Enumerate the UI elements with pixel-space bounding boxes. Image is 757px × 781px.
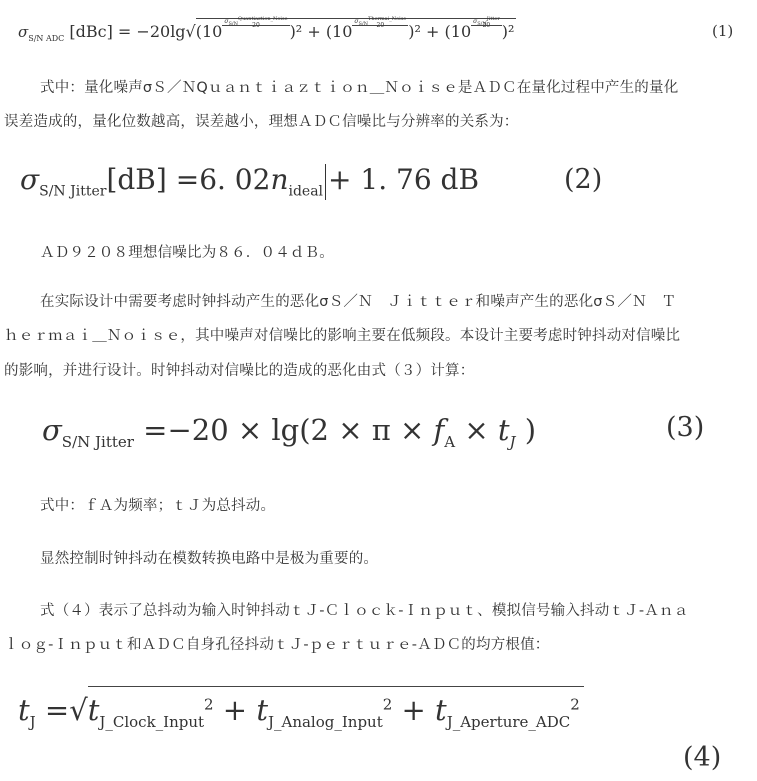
equation-3-number: (3) <box>666 412 704 443</box>
eq1-plus2: + <box>426 22 439 41</box>
equation-4: tJ =√ tJ_Clock_Input2 + tJ_Analog_Input2… <box>18 686 584 733</box>
eq4-equals: = <box>45 693 69 727</box>
paragraph-5: 显然控制时钟抖动在模数转换电路中是极为重要的。 <box>40 547 378 568</box>
eq4-plus1: + <box>223 693 247 727</box>
paragraph-2: ＡＤ９２０８理想信噪比为８６．０４ｄＢ。 <box>40 241 334 262</box>
eq1-unit: [dBc] <box>69 22 112 41</box>
eq4-plus2: + <box>402 693 426 727</box>
eq3-times: × <box>455 413 498 447</box>
eq1-term1-close: )² <box>290 22 303 41</box>
equation-4-number: (4) <box>683 742 721 773</box>
eq4-t2-sub: J_Analog_Input <box>268 713 383 731</box>
paragraph-1-line-2: 误差造成的，量化位数越高，误差越小，理想ＡＤＣ信噪比与分辨率的关系为： <box>4 110 519 131</box>
eq3-t: t <box>498 413 510 447</box>
eq4-lhs: t <box>18 693 30 727</box>
eq3-close: ) <box>516 413 537 447</box>
eq4-t1-sub: J_Clock_Input <box>99 713 204 731</box>
sqrt-icon: √ <box>186 22 196 41</box>
cursor-divider <box>325 164 326 200</box>
eq4-t3-sq: 2 <box>570 695 580 713</box>
eq1-term3-close: )² <box>502 22 515 41</box>
eq4-t1-sq: 2 <box>204 695 214 713</box>
equation-2-number: (2) <box>564 164 602 195</box>
eq3-f-sub: A <box>444 433 455 451</box>
eq1-term1-sub: S/N <box>228 22 238 28</box>
eq1-term2-close: )² <box>408 22 421 41</box>
paragraph-1-line-1: 式中：量化噪声σＳ／ＮQｕａｎｔｉａｚｔｉｏｎ＿Ｎｏｉｓｅ是ＡＤＣ在量化过程中产… <box>40 76 678 97</box>
eq2-var: n <box>270 163 288 196</box>
paragraph-3-line-1: 在实际设计中需要考虑时钟抖动产生的恶化σＳ／Ｎ Ｊｉｔｔｅｒ和噪声产生的恶化σＳ… <box>40 290 676 311</box>
equation-2: σS/N Jitter[dB] =6. 02nideal+ 1. 76 dB <box>20 160 479 200</box>
eq2-term1: 6. 02 <box>199 163 270 196</box>
eq1-term2-sub: S/N <box>359 22 369 28</box>
eq1-term1-sup: Quantiaztion_Noise <box>238 16 288 22</box>
eq1-plus1: + <box>307 22 320 41</box>
paragraph-6-line-2: ｌｏｇ-Ｉｎｐｕｔ和ＡＤＣ自身孔径抖动ｔＪ-ｐｅｒｔｕｒｅ-ＡＤＣ的均方根值： <box>4 633 550 654</box>
eq4-t1: t <box>88 693 100 727</box>
paragraph-6-line-1: 式（４）表示了总抖动为输入时钟抖动ｔＪ-Ｃｌｏｃｋ-Ｉｎｐｕｔ、模拟信号输入抖动… <box>40 599 688 620</box>
eq1-term3-base: (10 <box>445 22 472 41</box>
paragraph-4: 式中：ｆＡ为频率；ｔＪ为总抖动。 <box>40 494 275 515</box>
eq1-term1-base: (10 <box>196 22 223 41</box>
eq3-equals: = <box>143 413 167 447</box>
eq1-coef: −20lg <box>136 22 185 41</box>
eq2-rest: + 1. 76 dB <box>328 163 479 196</box>
eq2-equals: = <box>176 163 199 196</box>
eq1-term2-base: (10 <box>326 22 353 41</box>
eq3-lhs-sub: S/N Jitter <box>62 433 134 451</box>
eq2-unit: [dB] <box>106 163 166 196</box>
sigma-symbol: σ <box>18 23 28 41</box>
sigma-symbol: σ <box>20 163 39 196</box>
eq1-lhs-sub: S/N ADC <box>28 34 64 43</box>
eq3-f: f <box>434 413 445 447</box>
paragraph-3-line-2: ｈｅｒｍａｉ＿Ｎｏｉｓｅ，其中噪声对信噪比的影响主要在低频段。本设计主要考虑时钟… <box>4 324 680 345</box>
eq4-t3: t <box>435 693 447 727</box>
eq1-equals: = <box>118 22 131 41</box>
eq1-radicand: (10σS/NQuantiaztion_Noise20)² + (10σS/NT… <box>196 18 517 45</box>
eq4-t2: t <box>256 693 268 727</box>
eq4-t2-sq: 2 <box>383 695 393 713</box>
equation-1: σS/N ADC [dBc] = −20lg√ (10σS/NQuantiazt… <box>18 12 516 52</box>
sqrt-icon: √ <box>69 693 87 727</box>
eq4-t3-sub: J_Aperture_ADC <box>447 713 571 731</box>
eq2-var-sub: ideal <box>288 184 323 200</box>
equation-1-number: (1) <box>712 22 733 40</box>
eq1-term2-sup: Thermai_Noise <box>368 16 406 22</box>
paragraph-3-line-3: 的影响，并进行设计。时钟抖动对信噪比的造成的恶化由式（３）计算： <box>4 359 474 380</box>
equation-3: σS/N Jitter =−20 × lg(2 × π × fA × tJ ) <box>42 408 536 452</box>
eq4-lhs-sub: J <box>30 713 36 731</box>
sigma-symbol: σ <box>42 413 62 447</box>
eq2-lhs-sub: S/N Jitter <box>39 184 106 200</box>
eq3-rhs: −20 × lg(2 × π × <box>167 413 433 447</box>
eq4-radicand: tJ_Clock_Input2 + tJ_Analog_Input2 + tJ_… <box>88 686 584 733</box>
